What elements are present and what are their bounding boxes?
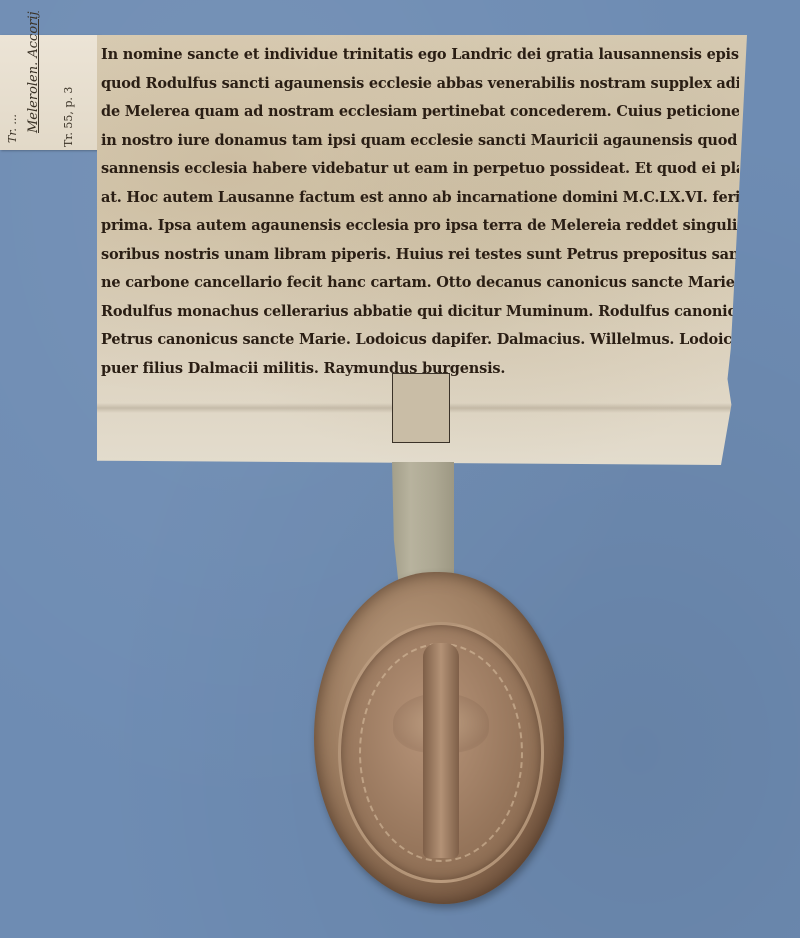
- charter-line: sannensis ecclesia habere videbatur ut e…: [101, 155, 739, 184]
- charter-line: soribus nostris unam libram piperis. Hui…: [101, 241, 739, 270]
- charter-line: Rodulfus monachus cellerarius abbatie qu…: [101, 298, 739, 327]
- charter-line: at. Hoc autem Lausanne factum est anno a…: [101, 184, 739, 213]
- charter-text: In nomine sancte et individue trinitatis…: [101, 41, 739, 383]
- wax-seal: [314, 572, 564, 904]
- charter-line: Petrus canonicus sancte Marie. Lodoicus …: [101, 326, 739, 355]
- charter-line: quod Rodulfus sancti agaunensis ecclesie…: [101, 70, 739, 99]
- archive-label-line: Melerolen. Accorij: [26, 11, 41, 133]
- charter-line: in nostro iure donamus tam ipsi quam ecc…: [101, 127, 739, 156]
- charter-line: prima. Ipsa autem agaunensis ecclesia pr…: [101, 212, 739, 241]
- archive-label-shelfmark: Tr. 55, p. 3: [62, 87, 75, 147]
- archive-label-line: Tr. ...: [6, 114, 19, 143]
- charter-parchment: In nomine sancte et individue trinitatis…: [97, 35, 747, 465]
- charter-line: de Melerea quam ad nostram ecclesiam per…: [101, 98, 739, 127]
- seal-field: [338, 622, 544, 883]
- seal-tag-slit: [392, 373, 450, 443]
- archive-label: Tr. ... Melerolen. Accorij Tr. 55, p. 3: [0, 35, 100, 150]
- bishop-figure-icon: [423, 643, 459, 858]
- charter-line: In nomine sancte et individue trinitatis…: [101, 41, 739, 70]
- charter-line: ne carbone cancellario fecit hanc cartam…: [101, 269, 739, 298]
